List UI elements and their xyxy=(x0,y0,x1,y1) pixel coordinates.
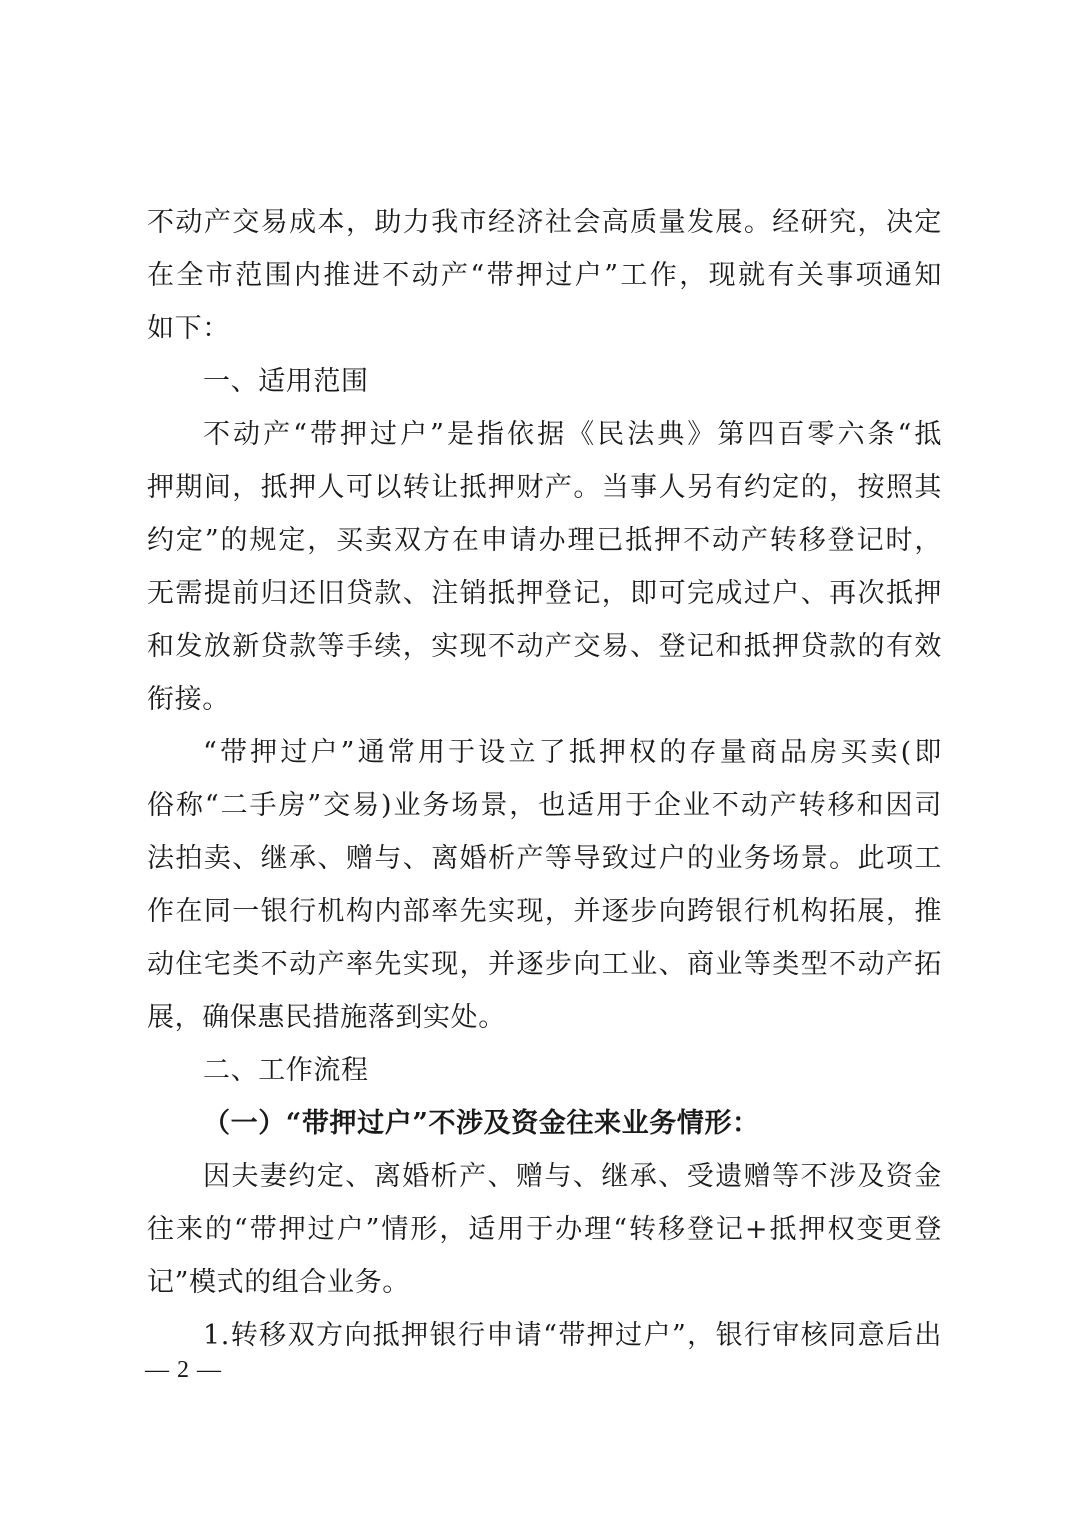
paragraph-start-line: 因夫妻约定、离婚析产、赠与、继承、受遗赠等不涉及资金 xyxy=(147,1150,942,1203)
body-line: 在全市范围内推进不动产“带押过户”工作，现就有关事项通知 xyxy=(147,249,942,302)
body-line: 记”模式的组合业务。 xyxy=(147,1256,942,1309)
body-line: 动住宅类不动产率先实现，并逐步向工业、商业等类型不动产拓 xyxy=(147,938,942,991)
paragraph-start-line: 不动产“带押过户”是指依据《民法典》第四百零六条“抵 xyxy=(147,408,942,461)
section-heading-workflow: 二、工作流程 xyxy=(147,1044,942,1097)
document-page: 不动产交易成本，助力我市经济社会高质量发展。经研究，决定 在全市范围内推进不动产… xyxy=(147,196,942,1362)
paragraph-start-line: “带押过户”通常用于设立了抵押权的存量商品房买卖(即 xyxy=(147,726,942,779)
body-line: 如下： xyxy=(147,302,942,355)
subsection-heading: （一）“带押过户”不涉及资金往来业务情形： xyxy=(147,1097,942,1150)
body-line: 不动产交易成本，助力我市经济社会高质量发展。经研究，决定 xyxy=(147,196,942,249)
body-line: 俗称“二手房”交易)业务场景，也适用于企业不动产转移和因司 xyxy=(147,779,942,832)
body-line: 衔接。 xyxy=(147,673,942,726)
numbered-item-line: 1.转移双方向抵押银行申请“带押过户”，银行审核同意后出 xyxy=(147,1309,942,1362)
body-line: 押期间，抵押人可以转让抵押财产。当事人另有约定的，按照其 xyxy=(147,461,942,514)
section-heading-scope: 一、适用范围 xyxy=(147,355,942,408)
body-line: 和发放新贷款等手续，实现不动产交易、登记和抵押贷款的有效 xyxy=(147,620,942,673)
body-line: 无需提前归还旧贷款、注销抵押登记，即可完成过户、再次抵押 xyxy=(147,567,942,620)
body-line: 作在同一银行机构内部率先实现，并逐步向跨银行机构拓展，推 xyxy=(147,885,942,938)
page-number: — 2 — xyxy=(145,1357,222,1384)
body-line: 约定”的规定，买卖双方在申请办理已抵押不动产转移登记时， xyxy=(147,514,942,567)
body-line: 往来的“带押过户”情形，适用于办理“转移登记+抵押权变更登 xyxy=(147,1203,942,1256)
body-line: 法拍卖、继承、赠与、离婚析产等导致过户的业务场景。此项工 xyxy=(147,832,942,885)
body-line: 展，确保惠民措施落到实处。 xyxy=(147,991,942,1044)
